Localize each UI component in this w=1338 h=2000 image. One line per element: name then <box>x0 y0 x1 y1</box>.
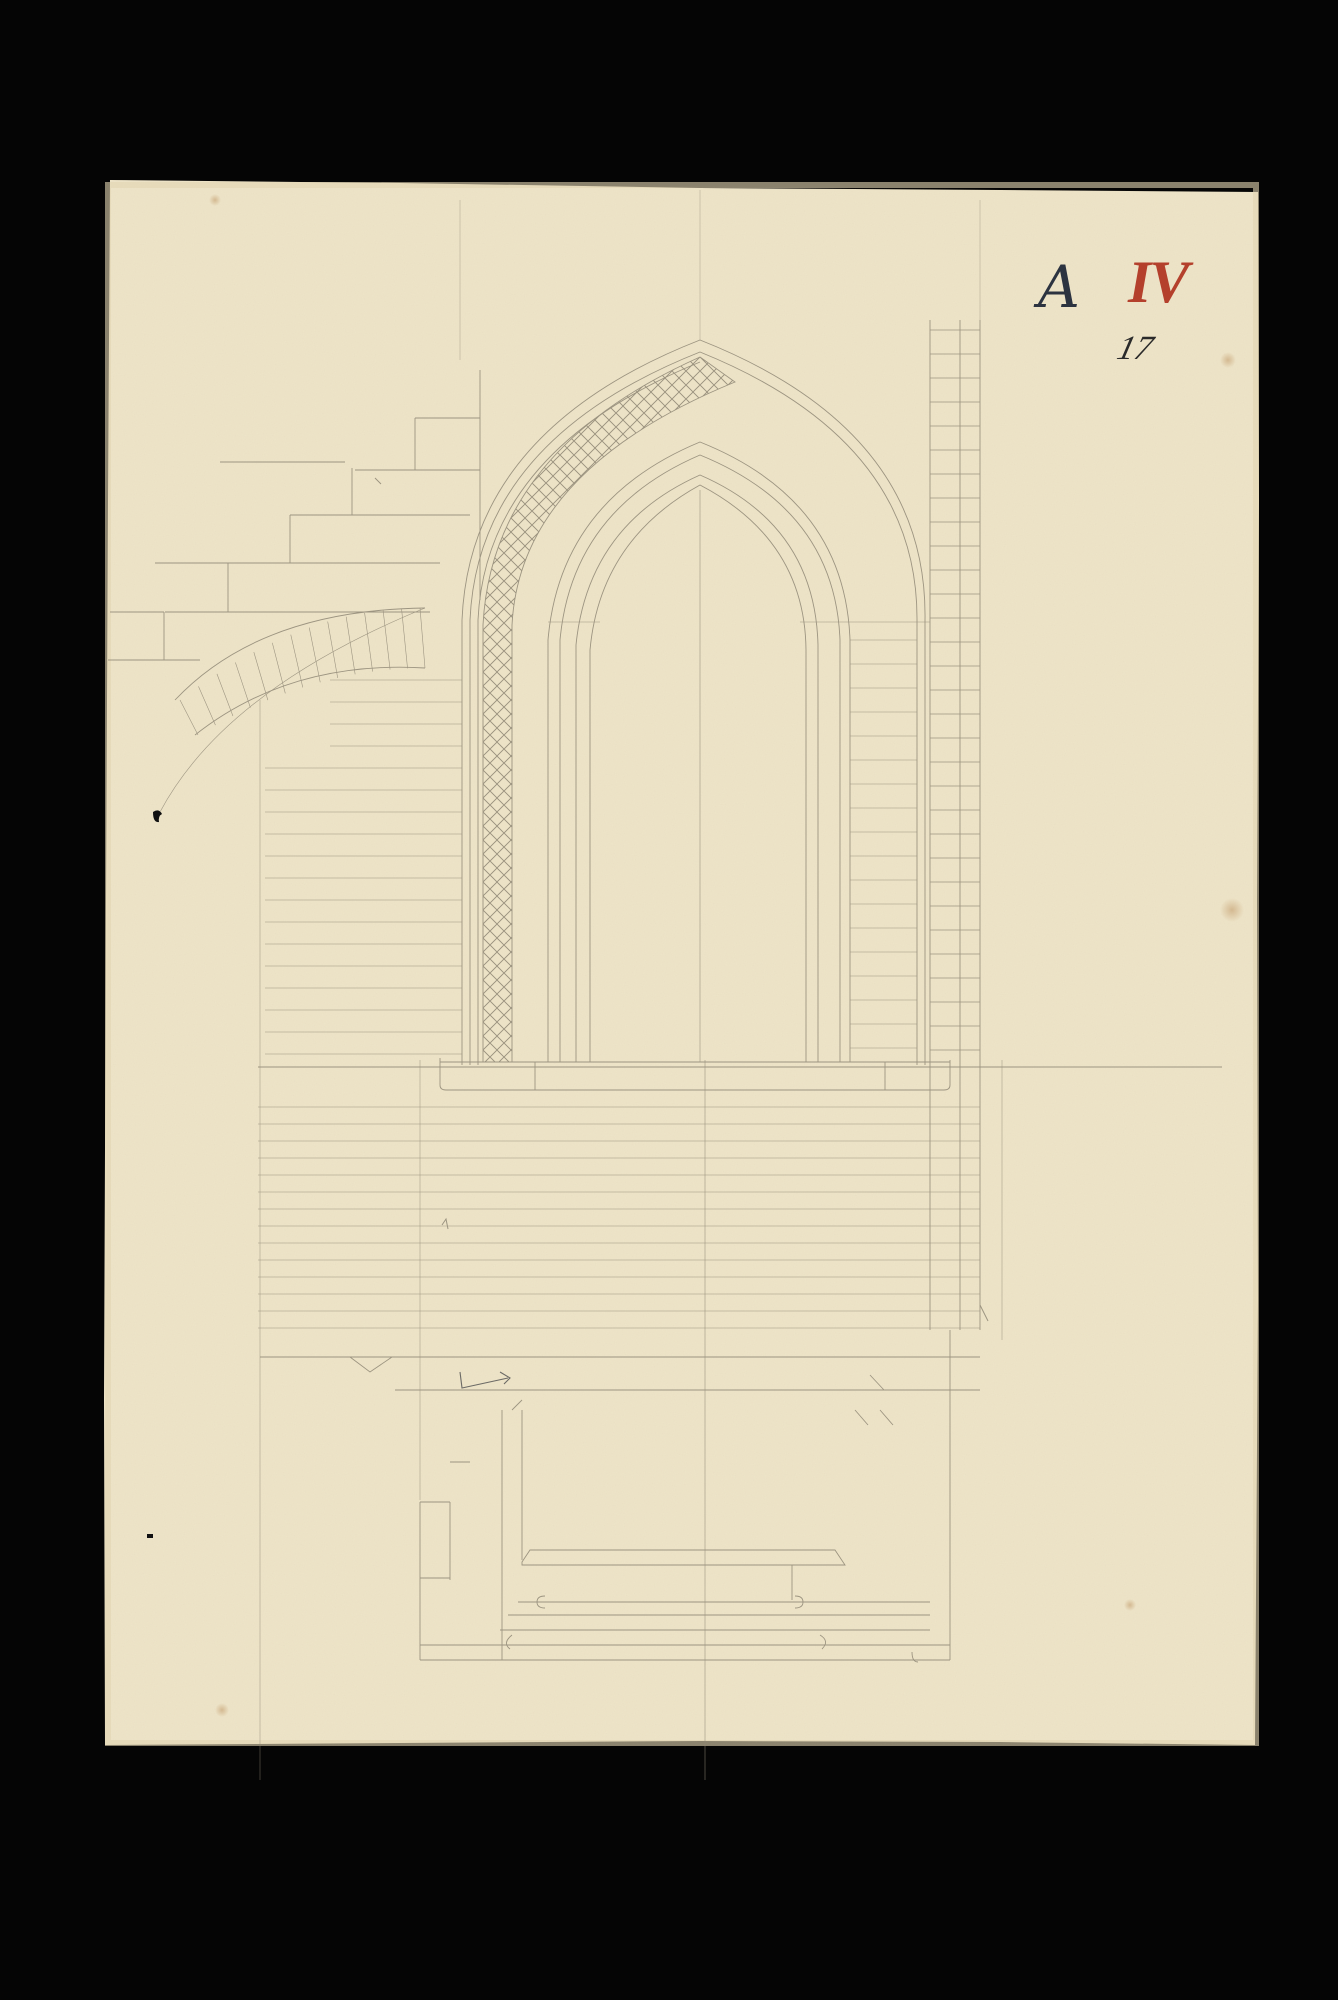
ink-blot-mark <box>147 1534 153 1538</box>
series-letter-annotation: A <box>1038 258 1080 316</box>
archival-drawing-sheet: A IV 17 <box>0 0 1338 2000</box>
roman-numeral-annotation: IV <box>1128 252 1187 312</box>
